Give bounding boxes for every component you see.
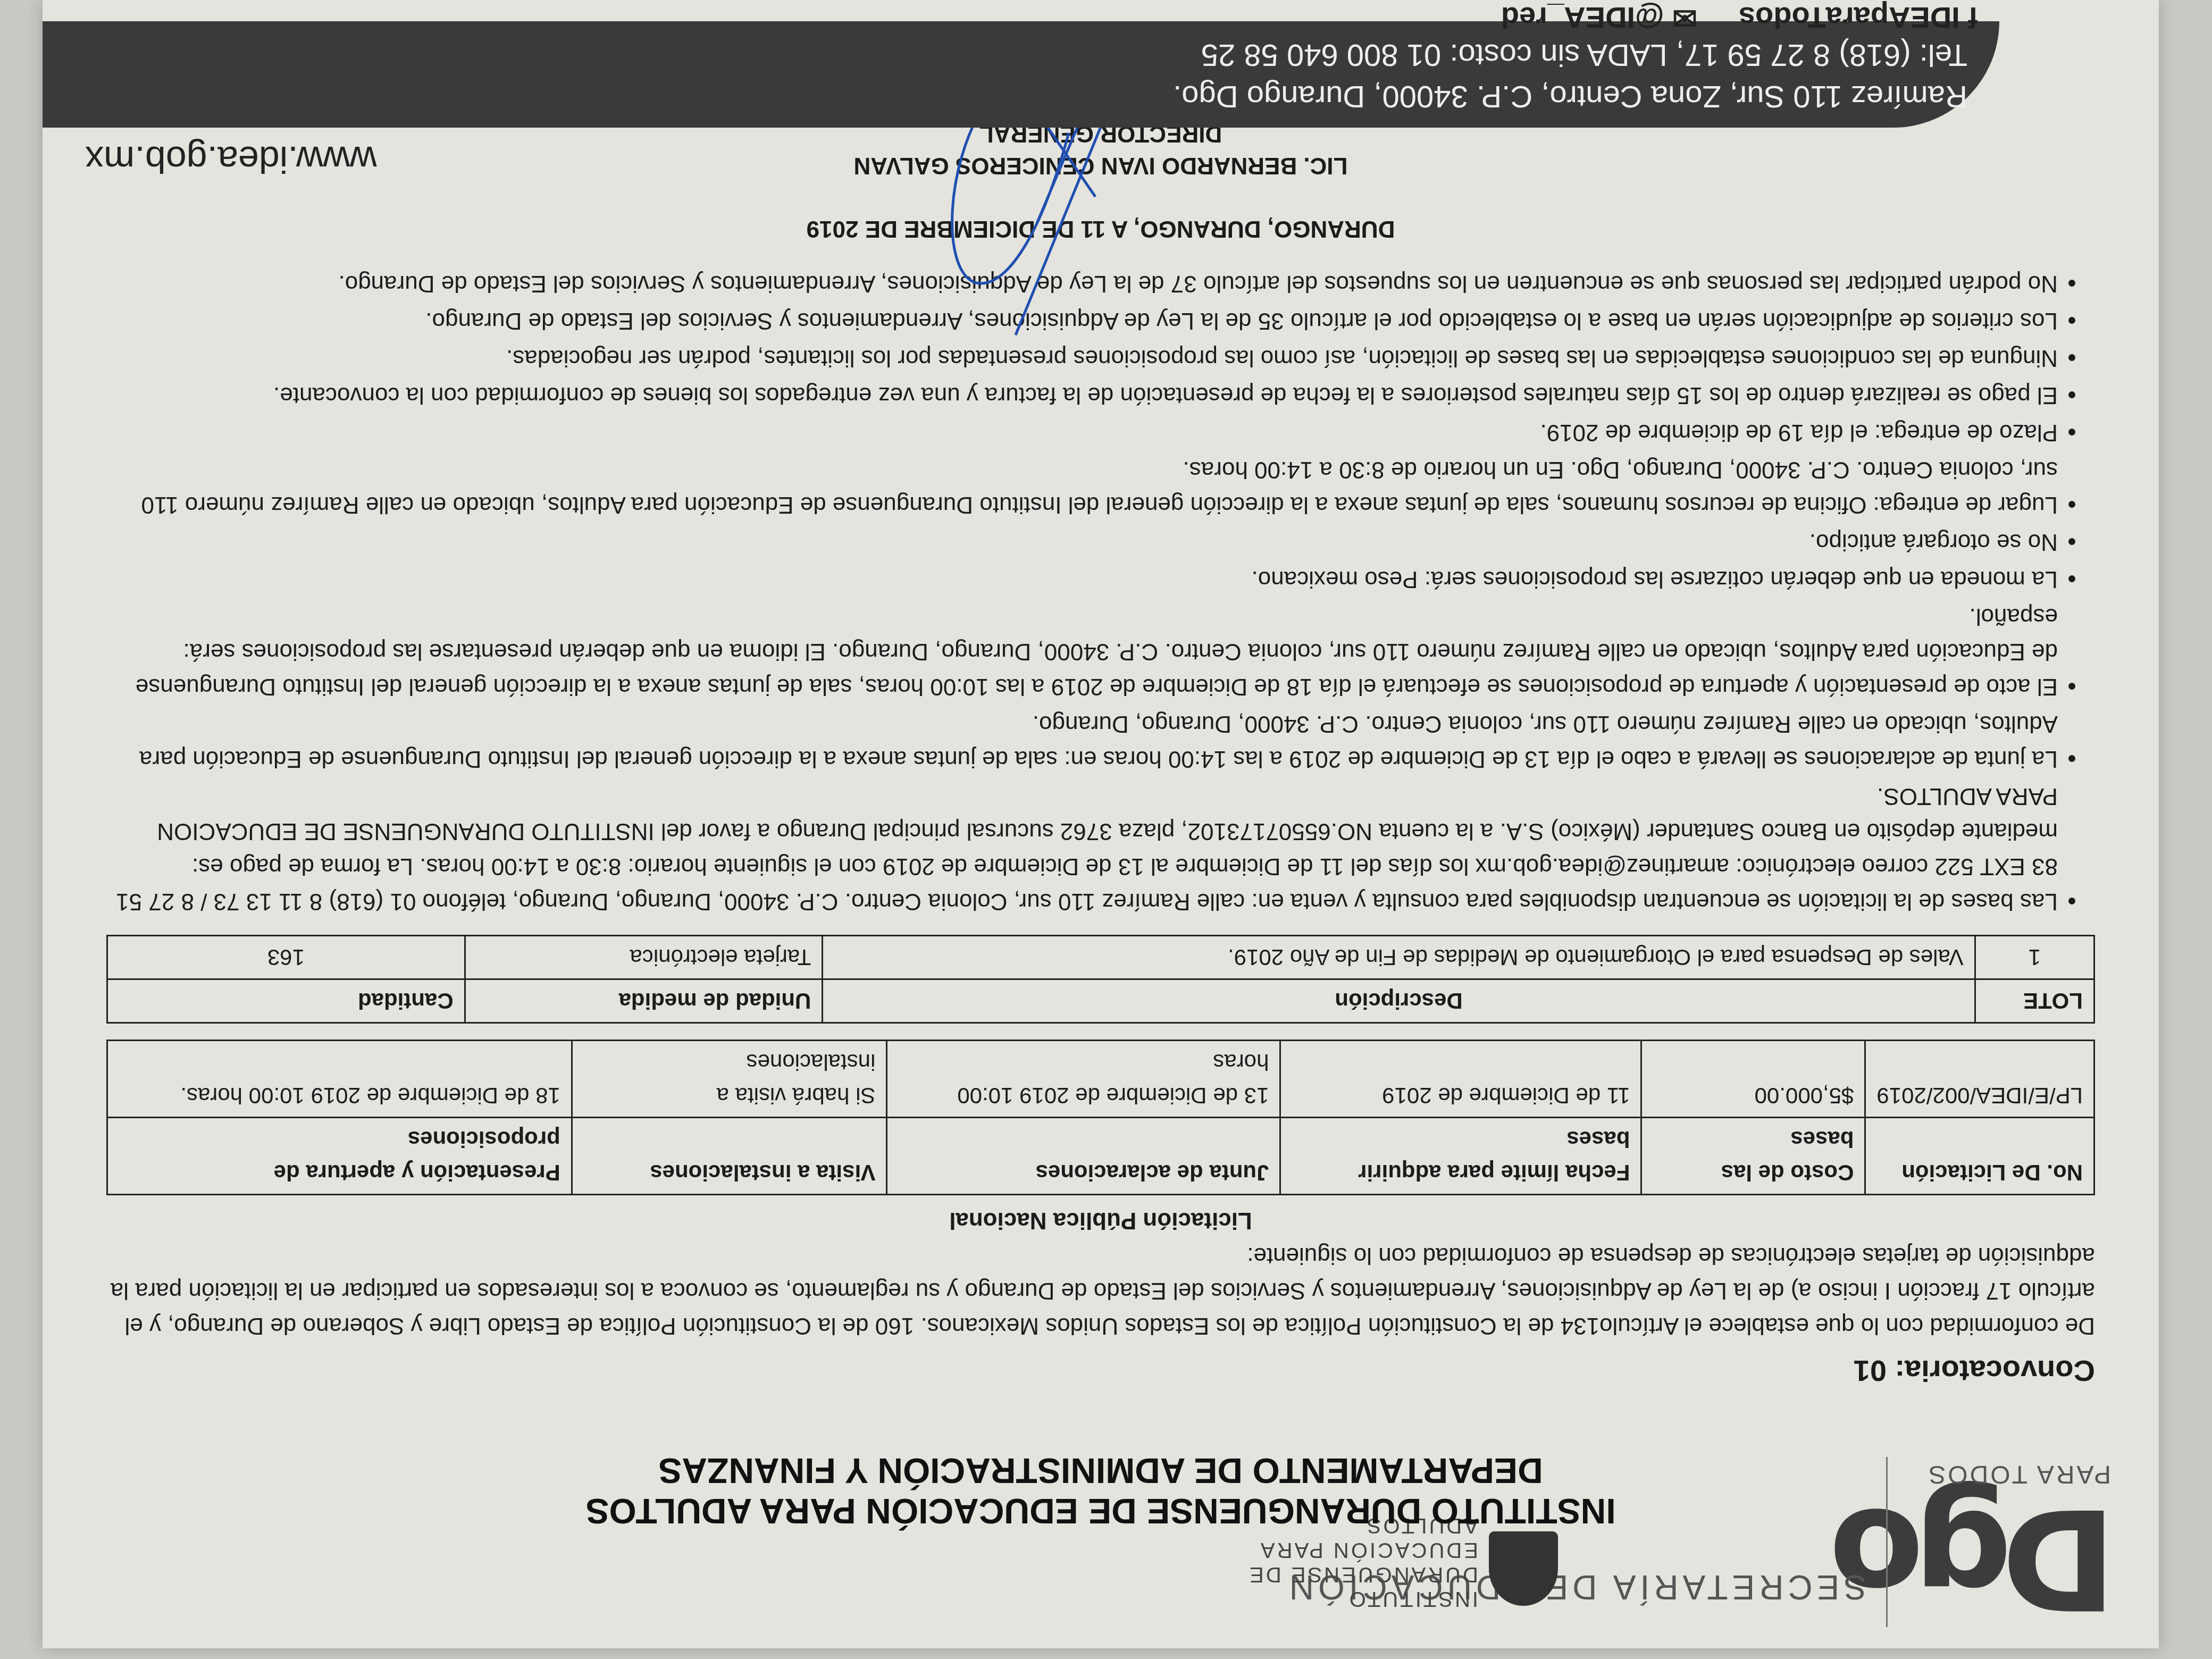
list-item: La moneda en que deberán cotizarse las p… xyxy=(106,562,2058,597)
idea-logo-icon xyxy=(1489,1531,1558,1606)
list-item: Plazo de entrega: el día 19 de diciembre… xyxy=(106,415,2058,450)
td: $5,000.00 xyxy=(1641,1041,1865,1118)
th: Cantidad xyxy=(107,979,465,1023)
document-page: Dgo PARA TODOS SECRETARÍA DE EDUCACIÓN I… xyxy=(43,0,2159,1648)
th: Visita a instalaciones xyxy=(572,1118,887,1195)
list-item: Las bases de la licitación se encuentran… xyxy=(106,778,2058,919)
th: Presentación y apertura de proposiciones xyxy=(107,1118,572,1195)
list-item: La junta de aclaraciones se llevará a ca… xyxy=(106,706,2058,776)
th: Unidad de medida xyxy=(465,979,823,1023)
footer-phone: Tel: (618) 8 27 59 17, LADA sin costo: 0… xyxy=(74,33,1967,75)
th: No. De Licitación xyxy=(1865,1118,2094,1195)
twitter-handle[interactable]: @IDEA_red xyxy=(1501,1,1664,35)
td: 163 xyxy=(107,936,465,979)
institute-title: INSTITUTO DURANGUENSE DE EDUCACIÓN PARA … xyxy=(85,1491,2116,1531)
list-item: El pago se realizará dentro de los 15 dí… xyxy=(106,378,2058,413)
list-item: Lugar de entrega: Oficina de recursos hu… xyxy=(106,452,2058,522)
rotated-document: Dgo PARA TODOS SECRETARÍA DE EDUCACIÓN I… xyxy=(0,0,2212,1659)
twitter-icon: ✉ xyxy=(1664,1,1697,35)
th: Junta de aclaraciones xyxy=(887,1118,1280,1195)
contact-band: Ramírez 110 Sur, Zona Centro, C.P. 34000… xyxy=(43,21,1999,128)
convocatoria-heading: Convocatoria: 01 xyxy=(106,1348,2095,1393)
intro-paragraph: De conformidad con lo que establece el A… xyxy=(106,1238,2095,1343)
handwritten-signature xyxy=(909,90,1175,356)
letterhead: Dgo PARA TODOS SECRETARÍA DE EDUCACIÓN I… xyxy=(85,1425,2116,1627)
th: Costo de las bases xyxy=(1641,1118,1865,1195)
td: 13 de Diciembre de 2019 10:00 horas xyxy=(887,1041,1280,1118)
facebook-handle[interactable]: IDEAparaTodos xyxy=(1739,1,1960,35)
table-row: LP/E/IDEA/002/2019 $5,000.00 11 de Dicie… xyxy=(107,1041,2094,1118)
licitacion-table: No. De Licitación Costo de las bases Fec… xyxy=(106,1040,2095,1195)
td: Tarjeta electrónica xyxy=(465,936,823,979)
th: LOTE xyxy=(1975,979,2094,1023)
conditions-list: Las bases de la licitación se encuentran… xyxy=(106,266,2095,919)
table1-caption: Licitación Pública Nacional xyxy=(106,1203,2095,1238)
department-title: DEPARTAMENTO DE ADMINISTRACIÓN Y FINANZA… xyxy=(85,1451,2116,1491)
td: Vales de Despensa para el Otorgamiento d… xyxy=(823,936,1975,979)
footer-address: Ramírez 110 Sur, Zona Centro, C.P. 34000… xyxy=(74,76,1967,117)
list-item: El acto de presentación y apertura de pr… xyxy=(106,599,2058,704)
td: 1 xyxy=(1975,936,2094,979)
lote-table: LOTE Descripción Unidad de medida Cantid… xyxy=(106,935,2095,1024)
list-item: No se otorgará anticipo. xyxy=(106,524,2058,559)
td: 11 de Diciembre de 2019 xyxy=(1280,1041,1641,1118)
td: Si habrá visita a instalaciones xyxy=(572,1041,887,1118)
footer: Ramírez 110 Sur, Zona Centro, C.P. 34000… xyxy=(43,0,2159,128)
website-link[interactable]: www.idea.gob.mx xyxy=(85,138,377,181)
td: LP/E/IDEA/002/2019 xyxy=(1865,1041,2094,1118)
th: Descripción xyxy=(823,979,1975,1023)
td: 18 de Diciembre de 2019 10:00 horas. xyxy=(107,1041,572,1118)
facebook-icon: f xyxy=(1960,1,1978,35)
social-links: f IDEAparaTodos ✉ @IDEA_red xyxy=(1501,0,1978,35)
table-row: 1 Vales de Despensa para el Otorgamiento… xyxy=(107,936,2094,979)
th: Fecha límite para adquirir bases xyxy=(1280,1118,1641,1195)
